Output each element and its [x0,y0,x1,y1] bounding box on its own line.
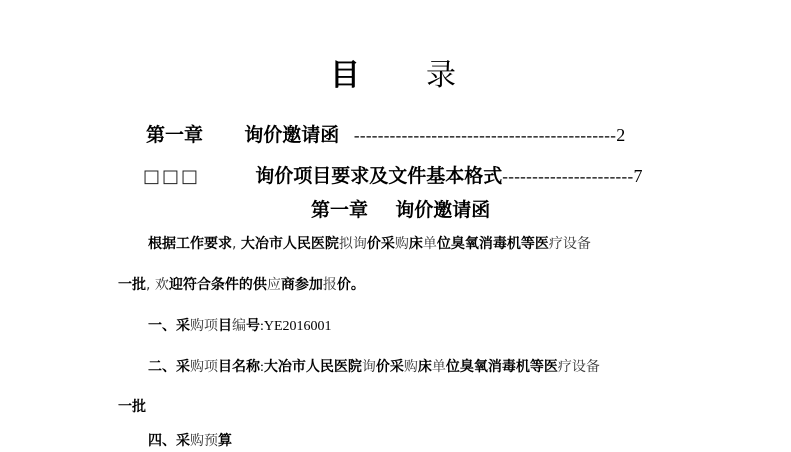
text-run: 价采 [376,359,404,375]
text-run: 价采 [367,236,395,252]
text-run: 一、采 [148,318,190,334]
toc-entry-2[interactable]: □□□ 询价项目要求及文件基本格式----------------------7 [143,161,642,188]
text-run: , [146,277,155,293]
project-number-value: YE2016001 [264,319,332,334]
text-run: 算 [218,433,232,449]
toc-title-char-2: 录 [426,58,456,93]
text-run: 报 [323,277,337,293]
text-run: 号 [246,318,260,334]
text-run: 根据工作要求 [148,236,232,252]
toc-page-number: 2 [616,125,625,145]
text-run: , [232,236,241,252]
item-project-name-continued: 一批 [118,396,146,416]
text-run: 询 [362,359,376,375]
text-run: 大冶市人民医院 [241,236,339,252]
text-run: 目 [218,318,232,334]
toc-entry-chapter: □□□ [143,166,200,187]
text-run: 迎符合条件的供 [169,277,267,293]
item-budget: 四、采购预算 [148,430,232,450]
toc-entry-title: 询价邀请函 [244,124,339,146]
text-run: 拟询 [339,236,367,252]
toc-page-number: 7 [633,166,642,186]
chapter-number: 第一章 [311,199,368,221]
text-run: 购 [404,359,418,375]
item-project-number: 一、采购项目编号:YE2016001 [148,315,332,335]
toc-entry-1[interactable]: 第一章 询价邀请函 ------------------------------… [146,120,625,147]
item-project-name: 二、采购项目名称:大冶市人民医院询价采购床单位臭氧消毒机等医疗设备 [148,356,600,376]
text-run: 编 [232,318,246,334]
text-run: 单 [432,359,446,375]
chapter-title: 询价邀请函 [395,199,490,221]
text-run: 位臭氧消毒机等医 [446,359,558,375]
text-run: 价。 [337,277,365,293]
text-run: 一批 [118,277,146,293]
toc-entry-chapter: 第一章 [146,124,203,146]
text-run: 大冶市人民医院 [264,359,362,375]
text-run: 二、采 [148,359,190,375]
text-run: 床 [409,236,423,252]
toc-leader: ----------------------------------------… [354,126,616,145]
text-run: 单 [423,236,437,252]
text-run: 位臭氧消毒机等医 [437,236,549,252]
toc-leader: ---------------------- [502,167,633,186]
text-run: 疗设备 [558,359,600,375]
text-run: 欢 [155,277,169,293]
text-run: 目名称 [218,359,260,375]
toc-title: 目录 [330,50,456,94]
text-run: 购 [395,236,409,252]
chapter-heading: 第一章 询价邀请函 [311,195,490,222]
text-run: 购项 [190,359,218,375]
text-run: 应 [267,277,281,293]
text-run: 购预 [190,433,218,449]
text-run: 床 [418,359,432,375]
toc-title-char-1: 目 [330,58,360,93]
text-run: 疗设备 [549,236,591,252]
toc-entry-title: 询价项目要求及文件基本格式 [255,165,502,187]
text-run: 商参加 [281,277,323,293]
text-run: 四、采 [148,433,190,449]
intro-paragraph-line-2: 一批, 欢迎符合条件的供应商参加报价。 [118,274,365,294]
intro-paragraph-line-1: 根据工作要求, 大冶市人民医院拟询价采购床单位臭氧消毒机等医疗设备 [148,233,591,253]
text-run: 购项 [190,318,218,334]
